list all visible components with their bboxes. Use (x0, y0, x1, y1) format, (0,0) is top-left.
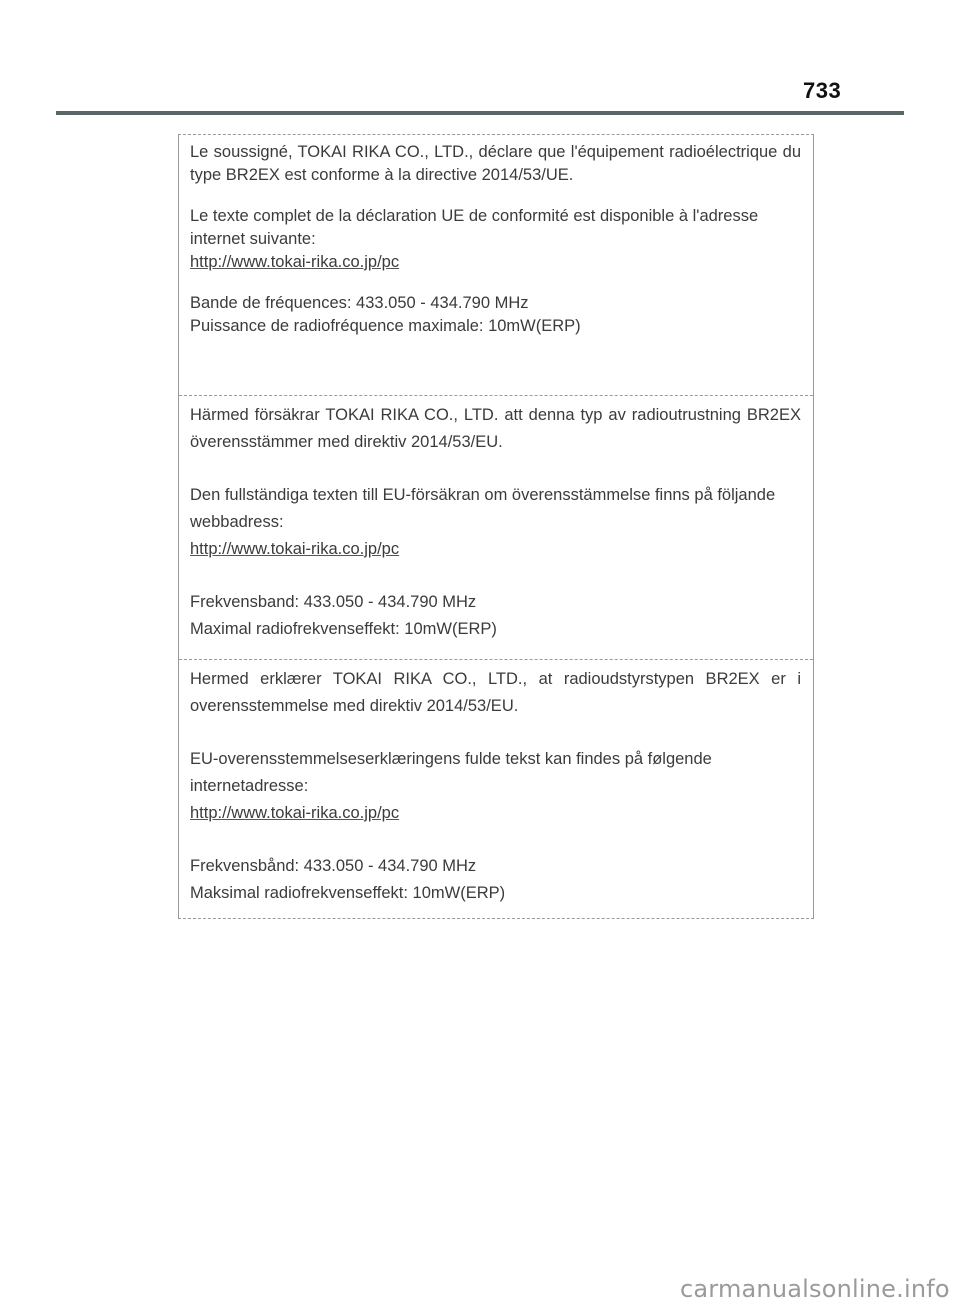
danish-availability: EU-overensstemmelseserklæringens fulde t… (190, 746, 801, 800)
declaration-danish: Hermed erklærer TOKAI RIKA CO., LTD., at… (179, 659, 813, 918)
swedish-url-link[interactable]: http://www.tokai-rika.co.jp/pc (190, 540, 399, 558)
declaration-box: Le soussigné, TOKAI RIKA CO., LTD., décl… (178, 134, 814, 919)
swedish-frequency: Frekvensband: 433.050 - 434.790 MHz (190, 589, 801, 616)
page-number: 733 (803, 78, 841, 104)
danish-intro: Hermed erklærer TOKAI RIKA CO., LTD., at… (190, 666, 801, 720)
spacer (190, 720, 801, 746)
declaration-swedish: Härmed försäkrar TOKAI RIKA CO., LTD. at… (179, 395, 813, 659)
declaration-french: Le soussigné, TOKAI RIKA CO., LTD., décl… (179, 135, 813, 395)
french-frequency: Bande de fréquences: 433.050 - 434.790 M… (190, 292, 801, 315)
french-availability: Le texte complet de la déclaration UE de… (190, 205, 801, 251)
french-intro: Le soussigné, TOKAI RIKA CO., LTD., décl… (190, 141, 801, 187)
french-power: Puissance de radiofréquence maximale: 10… (190, 315, 801, 338)
danish-frequency: Frekvensbånd: 433.050 - 434.790 MHz (190, 853, 801, 880)
spacer (190, 827, 801, 853)
french-url-link[interactable]: http://www.tokai-rika.co.jp/pc (190, 253, 399, 271)
spacer (190, 274, 801, 292)
spacer (190, 187, 801, 205)
watermark: carmanualsonline.info (680, 1275, 950, 1303)
spacer (190, 456, 801, 482)
swedish-availability: Den fullständiga texten till EU-försäkra… (190, 482, 801, 536)
swedish-power: Maximal radiofrekvenseffekt: 10mW(ERP) (190, 616, 801, 643)
danish-power: Maksimal radiofrekvenseffekt: 10mW(ERP) (190, 880, 801, 907)
header-rule (56, 111, 904, 115)
spacer (190, 563, 801, 589)
swedish-intro: Härmed försäkrar TOKAI RIKA CO., LTD. at… (190, 402, 801, 456)
danish-url-link[interactable]: http://www.tokai-rika.co.jp/pc (190, 804, 399, 822)
